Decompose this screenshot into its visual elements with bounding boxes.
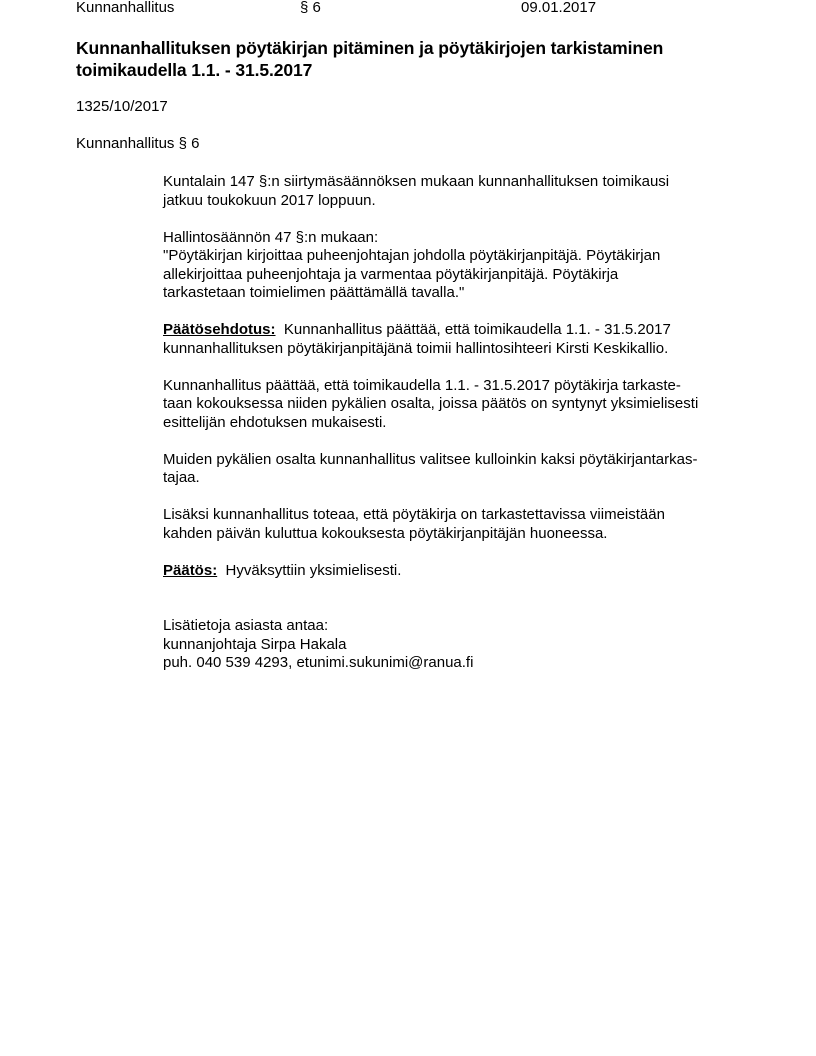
others-paragraph: Muiden pykälien osalta kunnanhallitus va… bbox=[163, 451, 763, 488]
header-date: 09.01.2017 bbox=[521, 0, 596, 17]
document-title: Kunnanhallituksen pöytäkirjan pitäminen … bbox=[76, 37, 776, 81]
document-body: Kuntalain 147 §:n siirtymäsäännöksen muk… bbox=[163, 173, 763, 691]
review-paragraph: Kunnanhallitus päättää, että toimikaudel… bbox=[163, 377, 763, 433]
decision-paragraph: Päätös: Hyväksyttiin yksimielisesti. bbox=[163, 562, 763, 581]
proposal-paragraph: Päätösehdotus: Kunnanhallitus päättää, e… bbox=[163, 321, 763, 358]
availability-paragraph: Lisäksi kunnanhallitus toteaa, että pöyt… bbox=[163, 506, 763, 543]
title-line: toimikaudella 1.1. - 31.5.2017 bbox=[76, 59, 776, 81]
case-number: 1325/10/2017 bbox=[76, 98, 168, 116]
rule-paragraph: Hallintosäännön 47 §:n mukaan:"Pöytäkirj… bbox=[163, 229, 763, 303]
header-body-name: Kunnanhallitus bbox=[76, 0, 174, 17]
section-reference: Kunnanhallitus § 6 bbox=[76, 135, 199, 153]
intro-paragraph: Kuntalain 147 §:n siirtymäsäännöksen muk… bbox=[163, 173, 763, 210]
proposal-label: Päätösehdotus: bbox=[163, 321, 276, 338]
title-line: Kunnanhallituksen pöytäkirjan pitäminen … bbox=[76, 37, 776, 59]
contact-paragraph: Lisätietoja asiasta antaa:kunnanjohtaja … bbox=[163, 617, 763, 673]
decision-label: Päätös: bbox=[163, 562, 217, 579]
header-section: § 6 bbox=[300, 0, 321, 17]
